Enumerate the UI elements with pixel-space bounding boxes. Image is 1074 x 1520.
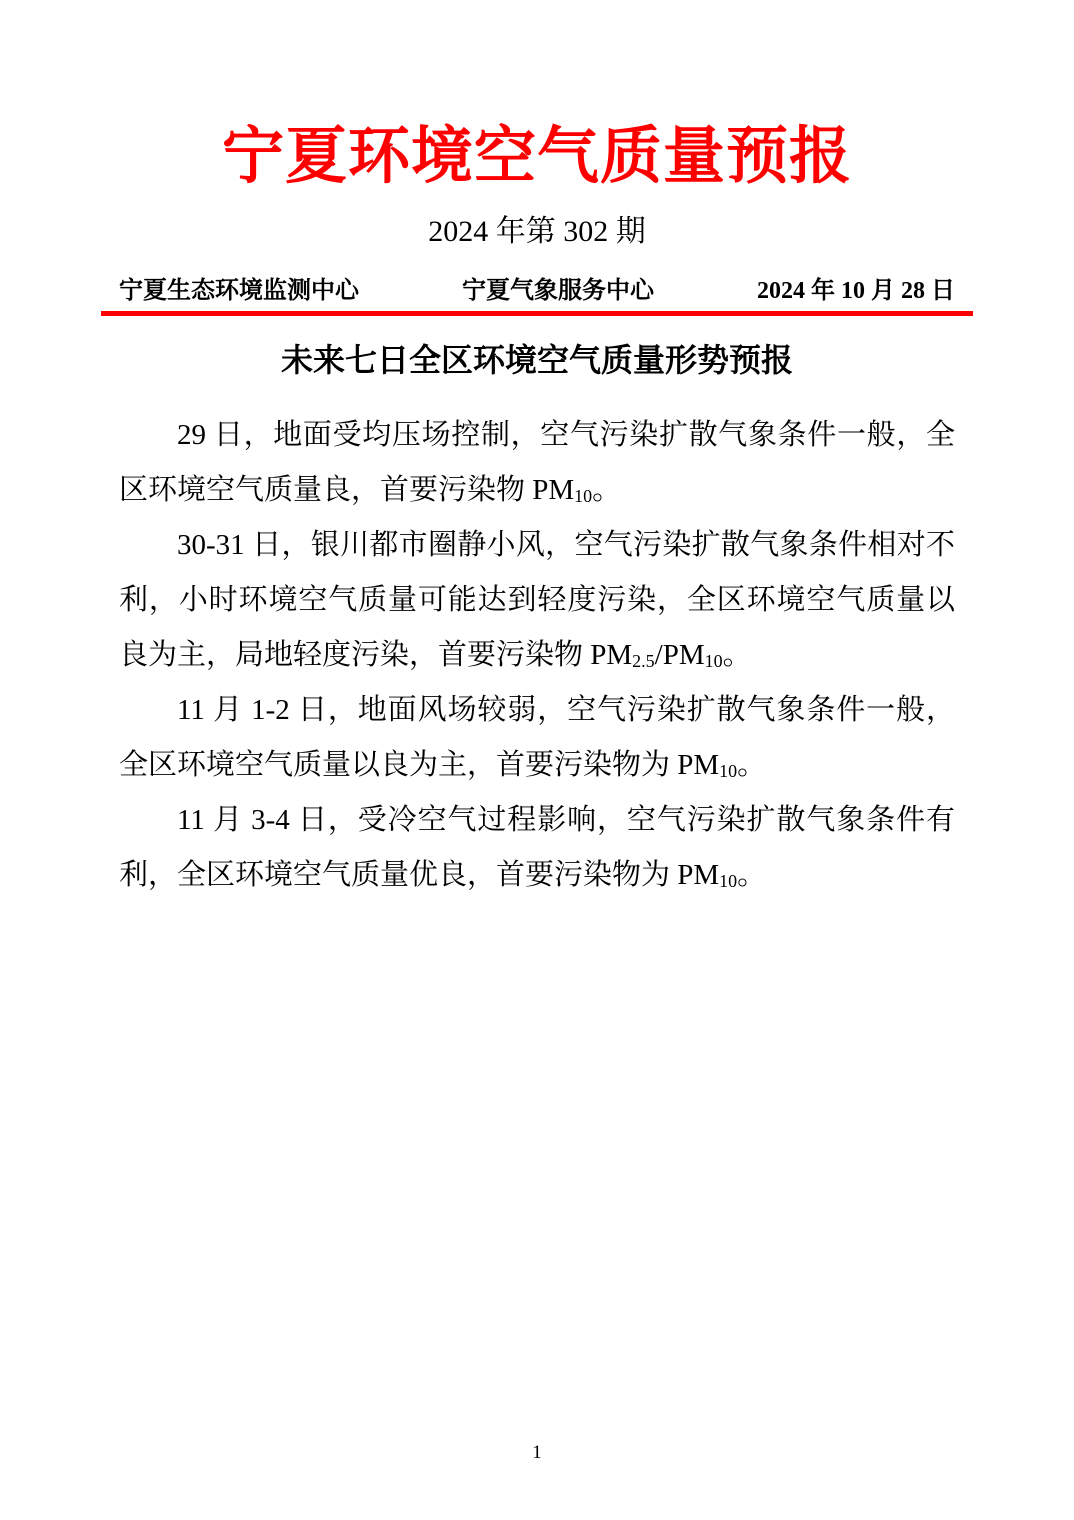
header-divider-rule <box>101 311 973 316</box>
paragraph-text: 29 日，地面受均压场控制，空气污染扩散气象条件一般，全区环境空气质量良，首要污… <box>119 419 955 506</box>
paragraph-text: 30-31 日，银川都市圈静小风，空气污染扩散气象条件相对不利，小时环境空气质量… <box>119 529 955 671</box>
issue-number: 2024 年第 302 期 <box>119 215 955 248</box>
page-number: 1 <box>0 1443 1074 1462</box>
document-title: 宁夏环境空气质量预报 <box>119 122 955 193</box>
pm25-subscript: 2.5 <box>632 652 654 672</box>
header-info-row: 宁夏生态环境监测中心 宁夏气象服务中心 2024 年 10 月 28 日 <box>119 278 955 304</box>
paragraph-text: 11 月 3-4 日，受冷空气过程影响，空气污染扩散气象条件有利，全区环境空气质… <box>119 804 955 891</box>
org-monitoring-center: 宁夏生态环境监测中心 <box>119 278 359 304</box>
org-meteorological-center: 宁夏气象服务中心 <box>462 278 654 304</box>
paragraph-text: 。 <box>737 859 766 891</box>
paragraph-text: 11 月 1-2 日，地面风场较弱，空气污染扩散气象条件一般，全区环境空气质量以… <box>119 694 955 781</box>
paragraph-text: 。 <box>737 749 766 781</box>
paragraph-day30-31: 30-31 日，银川都市圈静小风，空气污染扩散气象条件相对不利，小时环境空气质量… <box>119 518 955 683</box>
paragraph-text: 。 <box>723 639 752 671</box>
paragraph-nov1-2: 11 月 1-2 日，地面风场较弱，空气污染扩散气象条件一般，全区环境空气质量以… <box>119 683 955 793</box>
document-page: 宁夏环境空气质量预报 2024 年第 302 期 宁夏生态环境监测中心 宁夏气象… <box>0 0 1074 1520</box>
paragraph-nov3-4: 11 月 3-4 日，受冷空气过程影响，空气污染扩散气象条件有利，全区环境空气质… <box>119 793 955 903</box>
pm10-subscript: 10 <box>574 487 592 507</box>
paragraph-text: /PM <box>655 639 705 671</box>
pm10-subscript: 10 <box>719 762 737 782</box>
pm10-subscript: 10 <box>705 652 723 672</box>
forecast-body: 29 日，地面受均压场控制，空气污染扩散气象条件一般，全区环境空气质量良，首要污… <box>119 408 955 903</box>
paragraph-day29: 29 日，地面受均压场控制，空气污染扩散气象条件一般，全区环境空气质量良，首要污… <box>119 408 955 518</box>
section-title: 未来七日全区环境空气质量形势预报 <box>119 342 955 379</box>
issue-date: 2024 年 10 月 28 日 <box>757 278 955 304</box>
pm10-subscript: 10 <box>719 872 737 892</box>
paragraph-text: 。 <box>592 474 621 506</box>
